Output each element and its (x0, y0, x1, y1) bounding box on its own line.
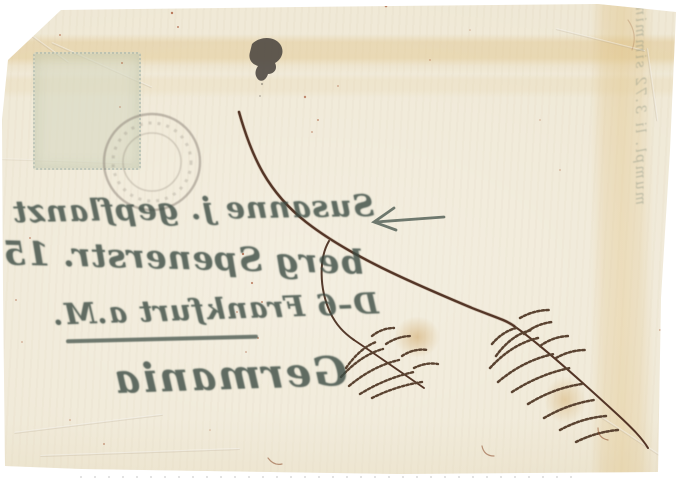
illegible-marginal-note: mumpl. li 3.72 simmins (632, 0, 648, 205)
handwriting-line-1: Susanne j. gepflanzt (12, 189, 375, 230)
paper-sheet: Susanne j. gepflanzt berg Spenerstr. 15 … (0, 0, 680, 480)
fern-frond-left (341, 328, 438, 398)
arrow-annotation (364, 202, 450, 234)
handwriting-line-4: Germania (111, 348, 348, 403)
scanned-postcard: Susanne j. gepflanzt berg Spenerstr. 15 … (0, 0, 680, 480)
scan-artifact-dots (80, 476, 580, 478)
fern-frond-right (490, 310, 648, 448)
plant-fragment (249, 38, 282, 97)
